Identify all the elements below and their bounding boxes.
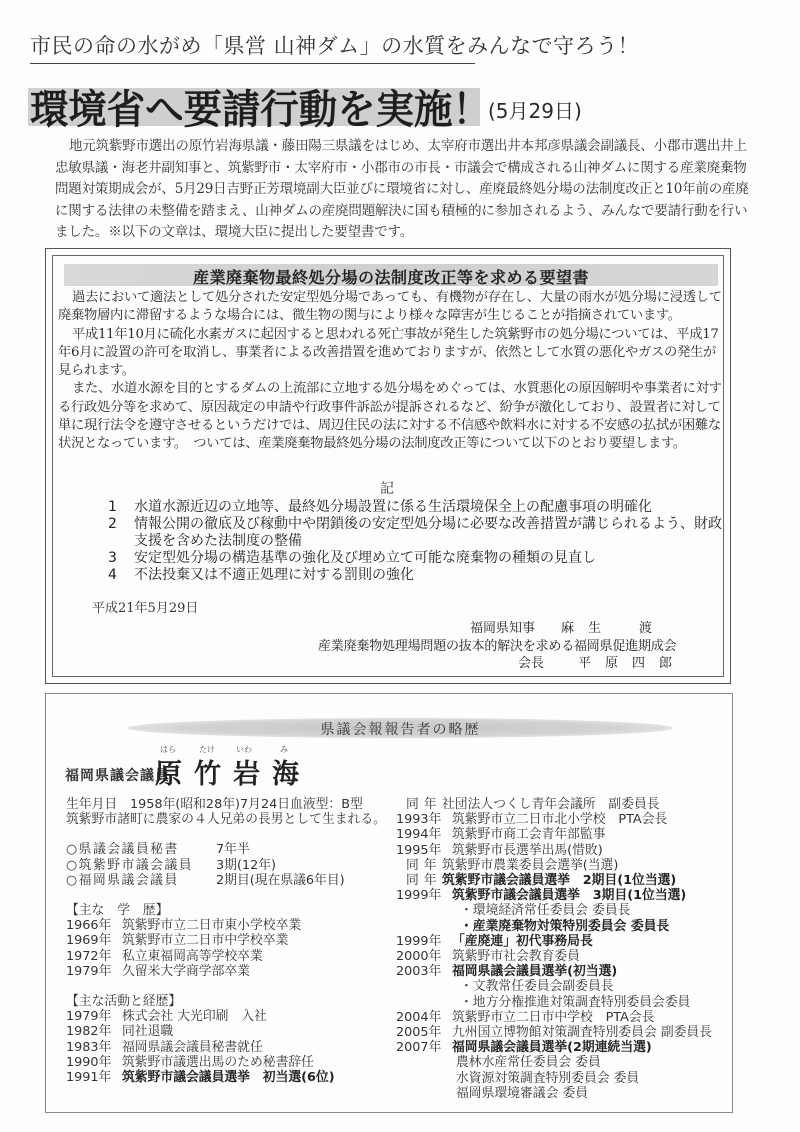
activity-subrow: ・文教常任委員会副委員長 — [396, 979, 731, 994]
activity-subrow: ・産業廃棄物対策特別委員会 委員長 — [396, 919, 731, 934]
request-paragraph: 過去において適法として処分された安定型処分場であっても、有機物が存在し、大量の雨… — [58, 289, 722, 326]
activity-row: 同年筑紫野市農業委員会選挙(当選) — [396, 858, 731, 873]
governor-given-name: 渡 — [639, 621, 652, 636]
intro-paragraph: 地元筑紫野市選出の原竹岩海県議・藤田陽三県議をはじめ、太宰府市選出井本邦彦県議会… — [55, 136, 755, 244]
request-title: 産業廃棄物最終処分場の法制度改正等を求める要望書 — [64, 265, 718, 288]
activity-row: 2007年福岡県議会議員選挙(2期連続当選) — [396, 1040, 731, 1055]
item-number: 1 — [108, 499, 134, 516]
activity-row: 1995年筑紫野市長選挙出馬(惜敗) — [396, 843, 731, 858]
request-paragraph: また、水道水源を目的とするダムの上流部に立地する処分場をめぐっては、水質悪化の原… — [58, 380, 722, 453]
career-row: ○県議会議員秘書7年半 — [66, 842, 396, 857]
origin-info: 筑紫野市諸町に農家の４人兄弟の長男として生まれる。 — [66, 812, 396, 827]
activity-row: 1994年筑紫野市商工会青年部監事 — [396, 827, 731, 842]
bio-title: 県議会報報告者の略歴 — [128, 719, 673, 739]
request-items-list: 1水道水源近辺の立地等、最終処分場設置に係る生活環境保全上の配慮事項の明確化 2… — [108, 499, 728, 584]
request-item: 3安定型処分場の構造基準の強化及び埋め立て可能な廃棄物の種類の見直し — [108, 550, 728, 567]
activity-row: 1991年筑紫野市議会議員選挙 初当選(6位) — [66, 1070, 396, 1085]
education-row: 1972年私立東福岡高等学校卒業 — [66, 949, 396, 964]
activity-subrow: 福岡県環境審議会 委員 — [396, 1086, 731, 1101]
request-paragraph: 平成11年10月に硫化水素ガスに起因すると思われる死亡事故が発生した筑紫野市の処… — [58, 326, 722, 381]
activity-row: 1982年同社退職 — [66, 1024, 396, 1039]
request-date: 平成21年5月29日 — [92, 597, 198, 616]
activities-heading: 【主な活動と経歴】 — [66, 994, 396, 1009]
activity-row: 2005年九州国立博物館対策調査特別委員会 副委員長 — [396, 1025, 731, 1040]
activity-row: 2003年福岡県議会議員選挙(初当選) — [396, 964, 731, 979]
request-item: 1水道水源近辺の立地等、最終処分場設置に係る生活環境保全上の配慮事項の明確化 — [108, 499, 728, 516]
education-row: 1979年久留米大学商学部卒業 — [66, 964, 396, 979]
request-item: 2情報公開の徹底及び稼動中や閉鎖後の安定型処分場に必要な改善措置が講じられるよう… — [108, 516, 728, 550]
activity-row: 1990年筑紫野市議選出馬のため秘書辞任 — [66, 1055, 396, 1070]
kicker-heading: 市民の命の水がめ「県営 山神ダム」の水質をみんなで守ろう！ — [30, 30, 475, 64]
activity-subrow: 水資源対策調査特別委員会 委員 — [396, 1071, 731, 1086]
headline: 環境省へ要請行動を実施！ — [30, 78, 491, 135]
activity-subrow: 農林水産常任委員会 委員 — [396, 1055, 731, 1070]
item-number: 4 — [108, 567, 134, 584]
bio-right-column: 同年社団法人つくし青年会議所 副委員長 1993年筑紫野市立二日市北小学校 PT… — [396, 797, 731, 1101]
bio-name: 原竹岩海 — [155, 752, 311, 791]
item-text: 情報公開の徹底及び稼動中や閉鎖後の安定型処分場に必要な改善措置が講じられるよう、… — [134, 516, 728, 550]
activity-row: 1983年福岡県議会議員秘書就任 — [66, 1040, 396, 1055]
activity-row: 2004年筑紫野市立二日市中学校 PTA会長 — [396, 1010, 731, 1025]
governor-signature: 福岡県知事麻生渡 — [470, 617, 652, 636]
item-text: 不法投棄又は不適正処理に対する罰則の強化 — [134, 567, 414, 584]
career-row: ○福岡県議会議員2期目(現在県議6年目) — [66, 873, 396, 888]
activity-row: 同年社団法人つくし青年会議所 副委員長 — [396, 797, 731, 812]
activity-subrow: ・地方分権推進対策調査特別委員会委員 — [396, 995, 731, 1010]
item-text: 水道水源近辺の立地等、最終処分場設置に係る生活環境保全上の配慮事項の明確化 — [134, 499, 652, 516]
education-row: 1966年筑紫野市立二日市東小学校卒業 — [66, 918, 396, 933]
activity-row: 1999年筑紫野市議会議員選挙 3期目(1位当選) — [396, 888, 731, 903]
education-heading: 【主な 学 歴】 — [66, 903, 396, 918]
request-item: 4不法投棄又は不適正処理に対する罰則の強化 — [108, 567, 728, 584]
activity-row: 1999年「産廃連」初代事務局長 — [396, 934, 731, 949]
bio-left-column: 生年月日 1958年(昭和28年)7月24日血液型：B型 筑紫野市諸町に農家の４… — [66, 797, 396, 1085]
career-row: ○筑紫野市議会議員3期(12年) — [66, 858, 396, 873]
ki-heading: 記 — [380, 478, 394, 498]
item-text: 安定型処分場の構造基準の強化及び埋め立て可能な廃棄物の種類の見直し — [134, 550, 596, 567]
activity-row: 1993年筑紫野市立二日市北小学校 PTA会長 — [396, 812, 731, 827]
chair-signature: 会長平原四郎 — [518, 652, 686, 671]
activity-row: 2000年筑紫野市社会教育委員 — [396, 949, 731, 964]
request-body: 過去において適法として処分された安定型処分場であっても、有機物が存在し、大量の雨… — [58, 289, 722, 454]
chair-name: 平原四郎 — [578, 652, 686, 671]
item-number: 2 — [108, 516, 134, 550]
activity-subrow: ・環境経済常任委員会 委員長 — [396, 903, 731, 918]
headline-date: (5月29日) — [488, 95, 582, 124]
activity-row: 1979年株式会社 大光印刷 入社 — [66, 1009, 396, 1024]
activity-row: 同年筑紫野市議会議員選挙 2期目(1位当選) — [396, 873, 731, 888]
governor-title: 福岡県知事 — [470, 621, 535, 636]
item-number: 3 — [108, 550, 134, 567]
governor-name: 麻生 — [561, 617, 615, 636]
chair-title: 会長 — [518, 656, 544, 671]
birth-info: 生年月日 1958年(昭和28年)7月24日血液型：B型 — [66, 797, 396, 812]
education-row: 1969年筑紫野市立二日市中学校卒業 — [66, 933, 396, 948]
